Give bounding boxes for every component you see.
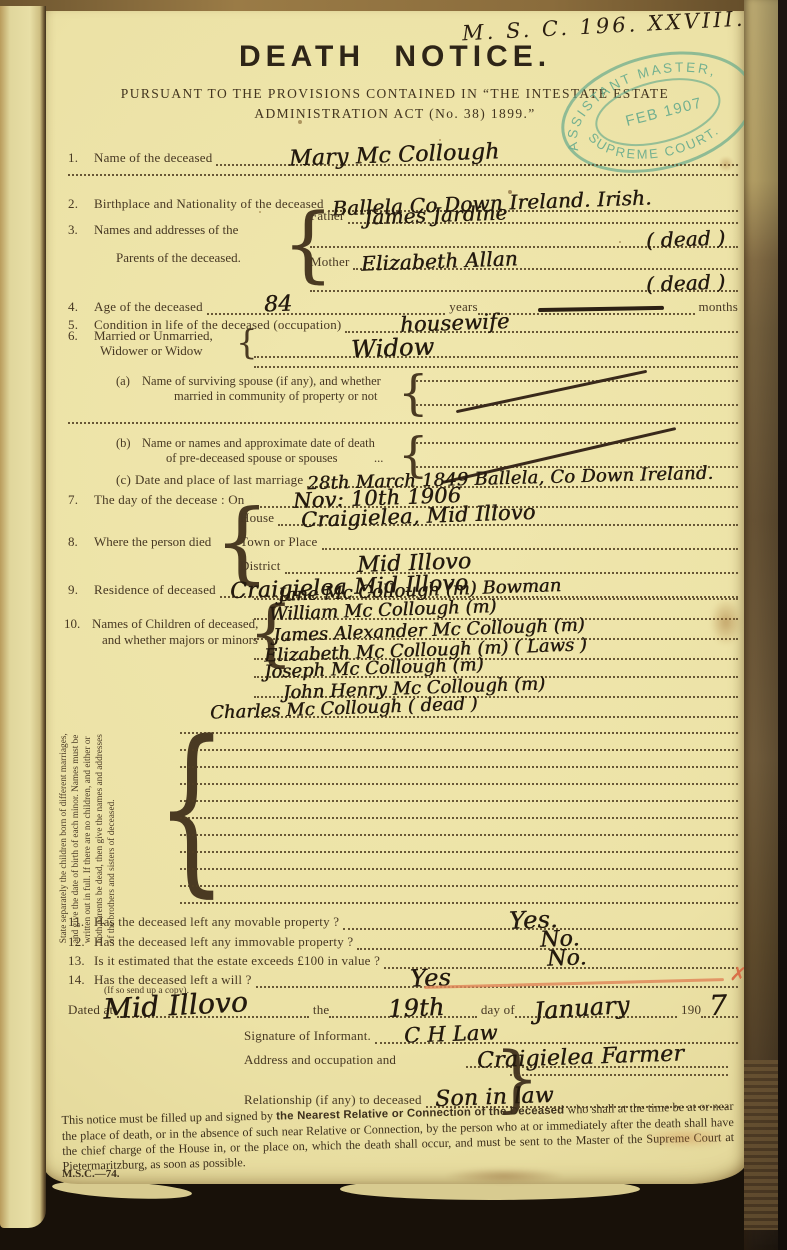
field-label: Age of the deceased [94,299,207,315]
paper-stain [444,1168,564,1184]
dotted-line: 7 [701,1002,738,1018]
dotted-line [254,366,738,368]
signature-label: Signature of Informant. [244,1028,375,1044]
field-12-row: 12. Has the deceased left any immovable … [68,934,738,950]
scanned-death-notice-photo: M. S. C. 196. XXVIII. DEATH NOTICE. PURS… [0,0,787,1250]
dotted-line: Mid Illovo [117,1002,309,1018]
father-row: Father James Jardine [310,208,738,224]
field-label: Where the person died [94,534,211,550]
field-13-row: 13. Is it estimated that the estate exce… [68,953,738,969]
field-letter: (b) [116,436,131,451]
field-1-row: 1. Name of the deceased Mary Mc Collough [68,150,738,166]
handwritten-house: Craigielea, Mid Illovo [301,502,536,531]
dotted-line [416,404,738,406]
handwritten-mother-name: Elizabeth Allan [361,248,518,273]
field-number: 6. [68,328,78,344]
year-prefix-label: 190 [677,1002,701,1018]
handwritten-father-name: James Jardine [364,203,508,228]
field-label: Name of the deceased [94,150,216,166]
dotted-line [180,834,738,836]
address-row: Address and occupation and Craigielea Fa… [244,1052,728,1068]
field-number: 13. [68,953,94,969]
handwritten-dated-place: Mid Illovo [103,988,249,1024]
brace-decoration: { [398,369,429,417]
dotted-line [180,749,738,751]
dotted-line [180,817,738,819]
field-letter: (c) [68,472,135,488]
dotted-line [180,732,738,734]
field-number: 8. [68,534,78,550]
dotted-line: Charles Mc Collough ( dead ) [254,716,738,718]
dotted-line: 19th [329,1002,476,1018]
footer-instructions-paragraph: This notice must be filled up and signed… [61,1099,734,1173]
mother-row: Mother Elizabeth Allan [310,254,738,270]
field-number: 9. [68,582,94,598]
ink-stroke [538,305,664,311]
dotted-line [180,783,738,785]
brace-decoration: { [156,718,227,899]
dotted-line: C H Law [375,1028,738,1044]
handwritten-year-digit: 7 [708,992,727,1021]
handwritten-marital-status: Widow [350,335,434,362]
months-label: months [695,299,738,315]
field-label-line1: Name or names and approximate date of de… [142,436,375,451]
pen-strike-through [456,370,647,413]
handwritten-child: Charles Mc Collough ( dead ) [210,695,478,722]
dotted-line: Widow [254,342,738,358]
dotted-line: Mid Illovo [285,558,738,574]
form-page: M. S. C. 196. XXVIII. DEATH NOTICE. PURS… [44,10,746,1184]
dotted-line [180,868,738,870]
field-label-line2: Parents of the deceased. [116,250,241,266]
field-label: Has the deceased left any immovable prop… [94,934,357,950]
handwritten-estate-value-answer: No. [547,947,587,970]
dotted-line [510,1074,728,1076]
dotted-line: ( dead ) [310,276,738,292]
field-11-row: 11. Has the deceased left any movable pr… [68,914,738,930]
district-row: District Mid Illovo [240,558,738,574]
dotted-line: ( dead ) [310,232,738,248]
field-label-line1: Married or Unmarried, [94,328,213,344]
dotted-line [68,422,738,424]
field-label-line2: and whether majors or minors [102,632,258,648]
handwritten-month: January [534,993,631,1024]
handwritten-day: 19th [388,995,445,1021]
town-label: Town or Place [240,534,322,550]
field-label: Has the deceased left any movable proper… [94,914,343,930]
address-label: Address and occupation and [244,1052,466,1068]
field-number: 10. [64,616,80,632]
field-6-block: 6. Married or Unmarried, { Widower or Wi… [44,324,746,370]
field-number: 4. [68,299,94,315]
field-label: Residence of deceased [94,582,220,598]
form-number: M.S.C.—74. [62,1168,119,1180]
dotted-line [180,885,738,887]
field-label-line1: Names and addresses of the [94,222,238,238]
field-letter: (a) [116,374,130,389]
dotted-line [180,902,738,904]
dotted-line [180,800,738,802]
dotted-line: Craigielea Farmer [466,1052,728,1068]
house-label: House [240,510,278,526]
field-a-block: (a) Name of surviving spouse (if any), a… [44,372,746,424]
field-label-line1: Names of Children of deceased, [92,616,258,632]
underlying-page-left-edge [0,6,46,1228]
field-number: 3. [68,222,78,238]
dated-row: Dated at Mid Illovo the 19th day of Janu… [68,1002,738,1018]
dotted-line: Mary Mc Collough [216,150,738,166]
dotted-line: January [515,1002,677,1018]
dotted-line [322,534,738,550]
dotted-line [416,442,738,444]
dotted-line: Elizabeth Allan [353,254,738,270]
dots-suffix: ... [374,451,383,466]
dotted-line: James Jardine [348,208,738,224]
paper-specks [298,120,302,124]
day-of-label: day of [477,1002,515,1018]
field-label-line2: married in community of property or not [174,389,377,404]
father-note-row: ( dead ) [310,232,738,248]
handwritten-address-occupation: Craigielea Farmer [476,1043,684,1072]
house-row: House Craigielea, Mid Illovo [240,510,738,526]
handwritten-name-of-deceased: Mary Mc Collough [289,141,500,170]
handwritten-father-dead-note: ( dead ) [646,228,726,251]
field-3-block: 3. Names and addresses of the Parents of… [44,206,746,298]
dotted-line [180,766,738,768]
mother-note-row: ( dead ) [310,276,738,292]
handwritten-mother-dead-note: ( dead ) [646,272,726,295]
field-label: Date and place of last marriage [135,472,307,488]
dotted-line [68,174,738,176]
handwritten-signature: C H Law [404,1022,498,1046]
dotted-line: Craigielea, Mid Illovo [278,510,738,526]
father-label: Father [310,208,348,224]
dotted-line [180,851,738,853]
field-label-line2: Widower or Widow [100,343,203,359]
dotted-line [478,299,695,315]
field-number: 11. [68,914,94,930]
stamp-date-text: FEB 1907 [624,94,704,130]
handwritten-age: 84 [264,294,293,317]
mother-label: Mother [310,254,353,270]
children-instructions-side-note: State separately the children born of di… [58,727,118,943]
field-number: 12. [68,934,94,950]
field-label-line1: Name of surviving spouse (if any), and w… [142,374,381,389]
field-8-block: 8. Where the person died { House Craigie… [44,504,746,584]
book-binding-right-edge [744,0,787,1250]
marital-status-row: Widow [254,342,738,358]
field-label-line2: of pre-deceased spouse or spouses [166,451,337,466]
dotted-line [416,380,738,382]
book-top-edge [0,0,787,11]
field-number: 1. [68,150,94,166]
the-label: the [309,1002,329,1018]
field-label: Is it estimated that the estate exceeds … [94,953,384,969]
town-row: Town or Place [240,534,738,550]
district-label: District [240,558,285,574]
field-number: 14. [68,972,94,988]
